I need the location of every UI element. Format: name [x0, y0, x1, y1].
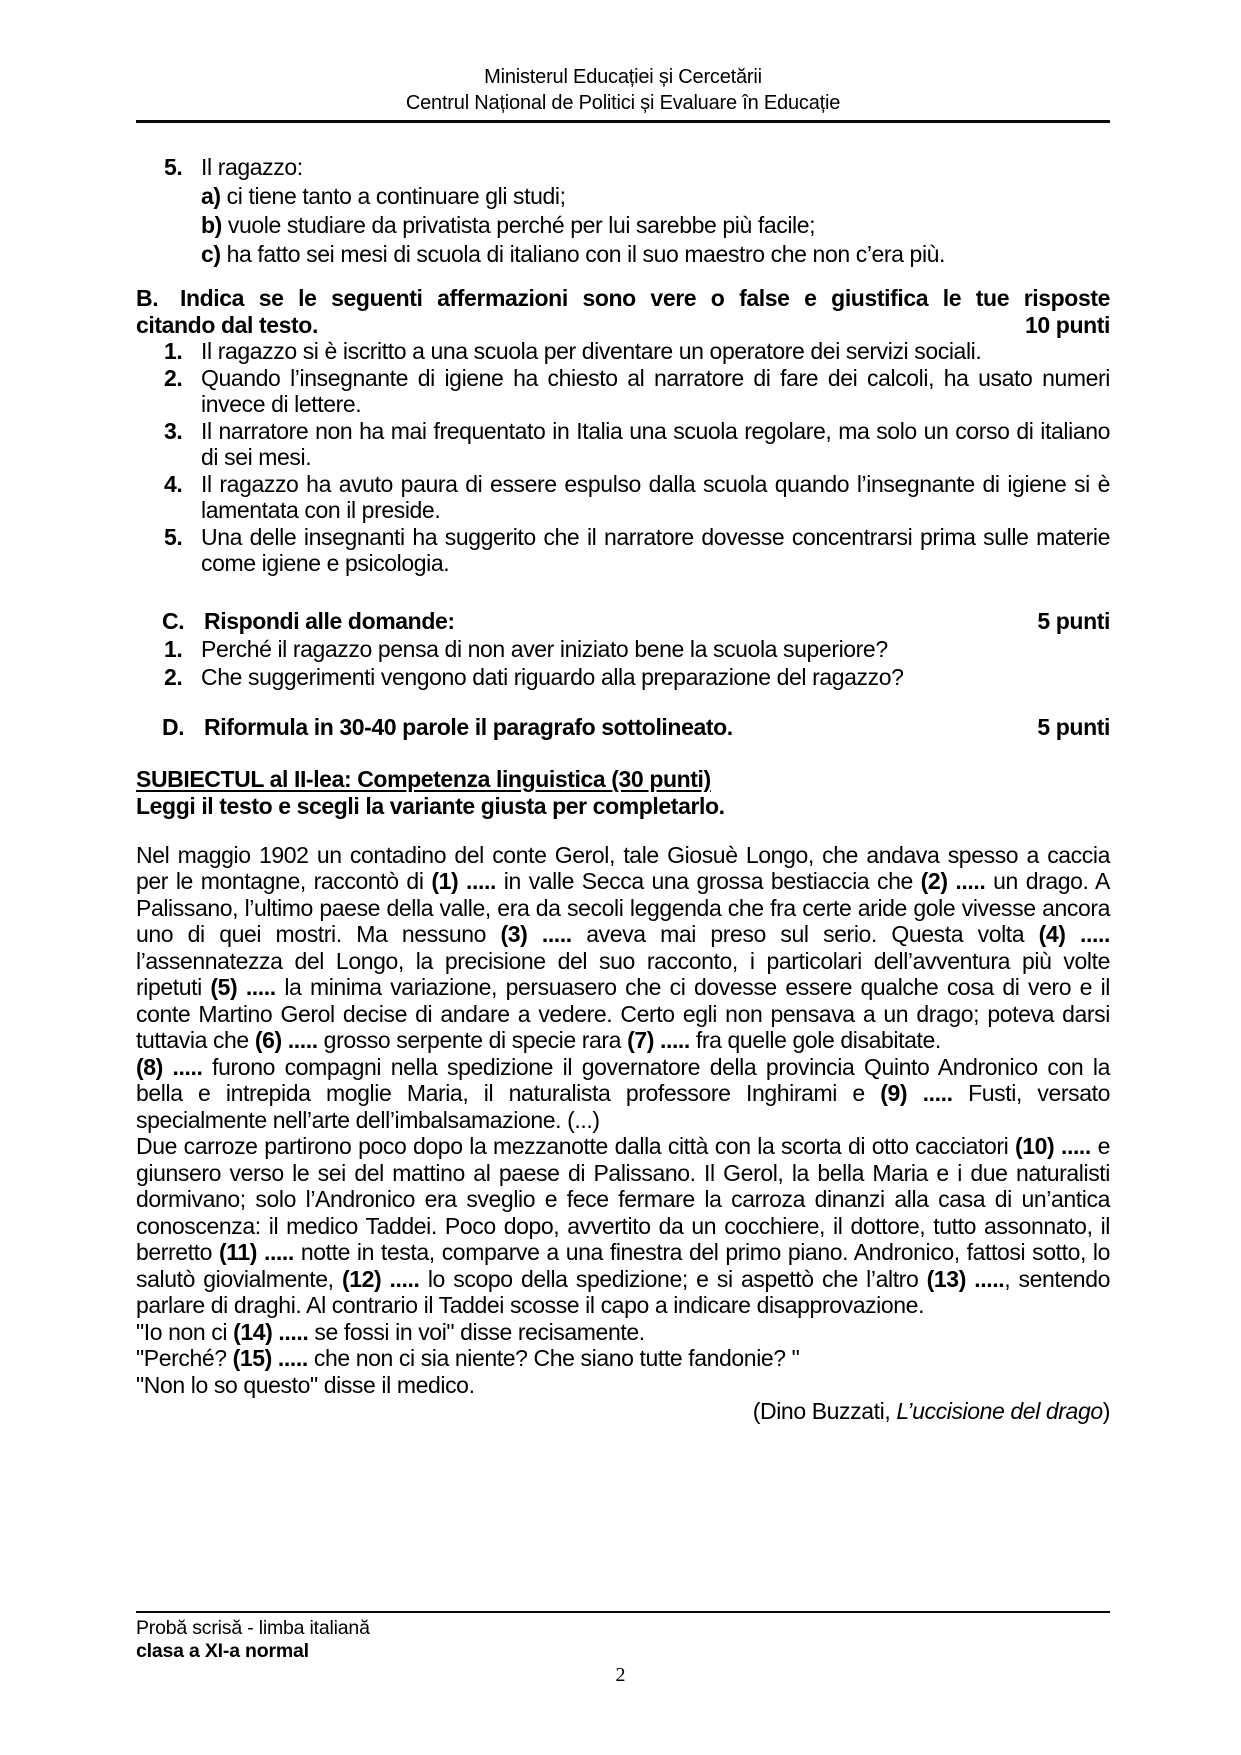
passage-dialog-line-3: "Non lo so questo" disse il medico. [136, 1372, 1110, 1399]
work-title: L’uccisione del drago [896, 1398, 1102, 1424]
header-line-2: Centrul Național de Politici și Evaluare… [136, 90, 1110, 116]
statement-item: 2. Quando l’insegnante di igiene ha chie… [136, 365, 1110, 418]
statement-item: 4. Il ragazzo ha avuto paura di essere e… [136, 471, 1110, 524]
section-d-heading: D. Riformula in 30-40 parole il paragraf… [136, 713, 1110, 741]
question-item: 1. Perché il ragazzo pensa di non aver i… [136, 635, 1110, 663]
option-a-label: a) [201, 183, 221, 209]
passage-paragraph-3: Due carroze partirono poco dopo la mezza… [136, 1133, 1110, 1319]
section-b-points: 10 punti [1025, 312, 1110, 339]
statement-item: 5. Una delle insegnanti ha suggerito che… [136, 524, 1110, 577]
passage-dialog-line-2: "Perché? (15) ..... che non ci sia nient… [136, 1345, 1110, 1372]
section-c-heading: C. Rispondi alle domande: 5 punti [136, 607, 1110, 635]
passage-dialog-line-1: "Io non ci (14) ..... se fossi in voi" d… [136, 1319, 1110, 1346]
question-item: 2. Che suggerimenti vengono dati riguard… [136, 663, 1110, 691]
footer-exam-type: Probă scrisă - limba italiană [136, 1617, 1110, 1640]
option-c-text: ha fatto sei mesi di scuola di italiano … [227, 241, 945, 267]
section-d-points: 5 punti [1037, 713, 1110, 741]
section-c-points: 5 punti [1037, 607, 1110, 635]
question-5-stem: Il ragazzo: [201, 153, 303, 182]
passage-paragraph-1: Nel maggio 1902 un contadino del conte G… [136, 842, 1110, 1054]
footer-class: clasa a XI-a normal [136, 1640, 1110, 1663]
passage-attribution: (Dino Buzzati, L’uccisione del drago) [136, 1398, 1110, 1425]
subject-2-title: SUBIECTUL al II-lea: Competenza linguist… [136, 766, 1110, 793]
exam-page: Ministerul Educației și Cercetării Centr… [0, 0, 1241, 1755]
section-d-letter: D. [162, 713, 204, 741]
question-5-option-b: b) vuole studiare da privatista perché p… [136, 211, 1110, 240]
section-c-title: Rispondi alle domande: [204, 607, 1037, 635]
section-b-title-line1: Indica se le seguenti affermazioni sono … [180, 285, 1110, 312]
page-number: 2 [0, 1662, 1241, 1689]
page-footer: Probă scrisă - limba italiană clasa a XI… [136, 1611, 1110, 1662]
ministry-header: Ministerul Educației și Cercetării Centr… [136, 64, 1110, 123]
statement-item: 3. Il narratore non ha mai frequentato i… [136, 418, 1110, 471]
section-c-letter: C. [162, 607, 204, 635]
passage-paragraph-2: (8) ..... furono compagni nella spedizio… [136, 1054, 1110, 1134]
question-5: 5. Il ragazzo: a) ci tiene tanto a conti… [136, 153, 1110, 269]
option-a-text: ci tiene tanto a continuare gli studi; [227, 183, 566, 209]
option-b-text: vuole studiare da privatista perché per … [228, 212, 815, 238]
section-d-title: Riformula in 30-40 parole il paragrafo s… [204, 713, 1037, 741]
subject-2-heading: SUBIECTUL al II-lea: Competenza linguist… [136, 766, 1110, 820]
section-c-items: 1. Perché il ragazzo pensa di non aver i… [136, 635, 1110, 691]
subject-2-instruction: Leggi il testo e scegli la variante gius… [136, 793, 1110, 820]
option-c-label: c) [201, 241, 221, 267]
section-b-heading: B. Indica se le seguenti affermazioni so… [136, 285, 1110, 338]
option-b-label: b) [201, 212, 222, 238]
section-b-items: 1. Il ragazzo si è iscritto a una scuola… [136, 338, 1110, 577]
header-line-1: Ministerul Educației și Cercetării [136, 64, 1110, 90]
section-c: C. Rispondi alle domande: 5 punti 1. Per… [136, 607, 1110, 691]
statement-item: 1. Il ragazzo si è iscritto a una scuola… [136, 338, 1110, 365]
section-b-letter: B. [136, 285, 180, 312]
question-5-option-a: a) ci tiene tanto a continuare gli studi… [136, 182, 1110, 211]
question-5-option-c: c) ha fatto sei mesi di scuola di italia… [136, 240, 1110, 269]
question-5-number: 5. [164, 153, 201, 182]
section-b-title-line2: citando dal testo. [136, 312, 318, 339]
question-5-stem-row: 5. Il ragazzo: [136, 153, 1110, 182]
reading-passage: Nel maggio 1902 un contadino del conte G… [136, 842, 1110, 1425]
